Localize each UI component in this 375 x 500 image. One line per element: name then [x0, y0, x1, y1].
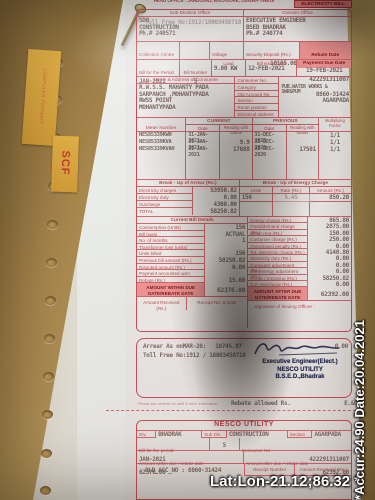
division-office-block: EXECUTIVE ENGINEER BSED BHADRAK Ph.# 240… [244, 17, 351, 41]
stamp-line: NESCO UTILITY [252, 367, 348, 375]
electricity-bill-badge: ELECTRICITY BILL [294, 0, 352, 8]
collection-centre-label: Collection Centre [139, 52, 174, 57]
consumer-address-block: Name & Address of Consumer R.W.S.S. MAHA… [137, 77, 235, 117]
stub-section-value: AGARPADA [312, 431, 351, 438]
arrear-row-value: 4300.00 [193, 201, 239, 208]
current-date: 31-JAN-2021 [186, 146, 220, 153]
arrear-total-value: 58250.82 [193, 208, 239, 215]
arrear-row-label: Surcharge [137, 201, 193, 208]
current-reading [220, 132, 252, 139]
factor: 1/1 [319, 146, 351, 153]
stub-consumer-cell: Consumer No 422291311007 [240, 438, 351, 451]
division-line: Ph.# 240774 [246, 31, 349, 38]
meter-number-header: Meter Number [137, 125, 186, 132]
previous-date-header: Date [253, 125, 287, 132]
meter-number-header-spacer [137, 118, 186, 125]
stamp-line: B.S.E.D.,Bhadrak [252, 374, 348, 382]
stub-period-cell: Bill for the period JAN-2021 [137, 438, 210, 451]
arrear-note-value: 18745.97 [215, 343, 242, 350]
detail-label: Transformer loss (units) [137, 244, 205, 251]
units-value: 156 [240, 194, 273, 202]
office-stamp: Executive Engineer(Elect.) NESCO UTILITY… [252, 359, 348, 382]
load-value: 9.00 KW [214, 66, 243, 73]
sdo-line: Ph.# 240571 [139, 31, 241, 38]
bill-period-cell: Bill for the Period JAN-2021 [137, 60, 180, 76]
head-office-line: HEAD OFFICE : JANUGANJ, BALASORE, ODISHA… [136, 0, 292, 3]
detail-value: 15.60 [205, 277, 247, 284]
current-reading: 17688 [220, 146, 252, 153]
due-date-cell: Payment Due Date 19-FEB-2021 [297, 60, 351, 76]
detail-label: Payment accounted upto [137, 270, 205, 277]
main-bill-box: Sub Division Office Division Office SDO … [136, 9, 352, 332]
consumer-no-label: Consumer No [235, 77, 279, 84]
meter-number: NES85339KWH [137, 132, 186, 139]
arrear-note: Arrear As onMAR-20: 18745.97 [143, 344, 242, 351]
meter-table: CURRENT PREVIOUS Multiplying Factor Mete… [137, 117, 351, 179]
security-deposit-label: Security Deposit (Rs.) [246, 52, 291, 57]
section-value: AGARPADA [279, 97, 351, 104]
arrear-note-label: Arrear As onMAR-20: [143, 343, 206, 350]
current-reading: 9.9 [220, 139, 252, 146]
yellow-margin-sticker: COMPUTER FORMATE [22, 49, 62, 146]
blank-cell [180, 42, 210, 59]
security-deposit-cell: Security Deposit (Rs.) 18105.00 [244, 42, 300, 59]
punch-hole [43, 372, 54, 381]
stub-amount-after-cell: Amount after due / rebate date 62392.00 [244, 451, 351, 464]
bill-number-label: Bill Number [183, 70, 207, 75]
detail-label: No. of months [137, 237, 205, 244]
detail-value: 1 [205, 237, 247, 244]
current-bill-details-title: Current Bill Details [137, 217, 247, 224]
previous-reading-header: Reading with Status [287, 125, 319, 132]
detail-label: Previous bill amount (Rs.) [137, 257, 205, 264]
amount-after-value: 62392.00 [308, 287, 351, 301]
issue-date-cell: Bill Issue Date 12-FEB-2021 [246, 60, 297, 76]
section-label: Section [235, 97, 279, 104]
detail-label: Bill basis [137, 231, 205, 238]
punch-hole [40, 486, 51, 495]
route-position-label: Route position [235, 104, 279, 111]
meter-number: NES85339KVA [137, 139, 186, 146]
previous-reading [287, 139, 319, 146]
amount-value: 850.20 [310, 194, 351, 202]
toll-free-line: Toll Free No:1912 / 18003458718 [143, 353, 246, 360]
old-account-label: Old Account No [235, 91, 279, 98]
arrear-row-value: 53950.82 [193, 187, 239, 194]
electrical-address-label: Electrical address [235, 111, 279, 118]
current-reading-header: Reading with Status [220, 125, 252, 132]
perforation-note: Please see reverse for tariff & other in… [138, 402, 218, 406]
current-date: 31-JAN-2021 [186, 132, 220, 139]
signature-of-issuing-officer-label: Signature of Issuing Officer : [248, 301, 351, 313]
officer-signature [249, 339, 349, 359]
stamp-box: Arrear As onMAR-20: 18745.97 0.00 Toll F… [136, 338, 352, 398]
punch-hole [44, 334, 55, 343]
voltage-label: Voltage [212, 52, 227, 57]
detail-value: 58250.82 [205, 257, 247, 264]
division-office-header: Division Office [244, 10, 351, 17]
punch-hole [47, 220, 58, 229]
stub-section-label: Section [287, 431, 313, 438]
factor-header-spacer [319, 125, 351, 132]
rate-header: Rate (Rs.) [273, 187, 310, 194]
load-cell: Load 9.00 KW [212, 60, 246, 76]
stub-div-label: Div. [137, 431, 156, 438]
category-value: PUB.WATER WORKS & SWRGPUM [279, 84, 351, 91]
amount-header: Amount (Rs.) [310, 187, 351, 194]
stub-div-value: BHADRAK [156, 431, 201, 438]
route-position-value [279, 104, 351, 111]
scf-label: SCF [58, 141, 72, 185]
previous-date: 31-DEC-2020 [253, 146, 287, 153]
meter-number: NES85339KVAH [137, 146, 186, 153]
scf-sticker: SCF [51, 136, 79, 193]
units-header: Units [240, 187, 273, 194]
issue-date-value: 12-FEB-2021 [248, 66, 294, 73]
toll-free-overlay: Toll Free No:1912/18003458718 [145, 20, 241, 27]
electrical-address-value [279, 111, 351, 118]
amount-after-label: AMOUNT AFTER DUE DATE/REBATE DATE [248, 287, 308, 301]
detail-label: Rebate (Rs.) [137, 277, 205, 284]
stub-bill-no: 5 [210, 438, 240, 451]
punch-hole [45, 296, 56, 305]
perforation-line: Please see reverse for tariff & other in… [106, 398, 366, 411]
rebate-allowed-label: Rebate allowed Rs. [231, 401, 291, 408]
rate-value: 5.45 [273, 194, 310, 202]
address-line: MOHANTYPADA [139, 105, 232, 112]
detail-value: 156 [205, 250, 247, 257]
arrear-breakup-title: Break - Up of Arrear (Rs.) [137, 180, 239, 187]
factor: 1/1 [319, 132, 351, 139]
charges-table: Energy charge (Rs.)865.80 Fixed/demand c… [248, 217, 351, 328]
old-account-value: 8860-31424 [279, 91, 351, 98]
margin-side-text: COMPUTER FORMATE [37, 47, 49, 147]
energy-breakup-title: Break - Up of Energy Charge [240, 180, 351, 187]
multiplying-factor-header: Multiplying Factor [319, 118, 351, 125]
punch-hole [41, 449, 52, 458]
receipt-no-date-label: Receipt No. & Date [187, 297, 248, 310]
detail-value [205, 270, 247, 277]
arrear-total-label: TOTAL [137, 208, 193, 215]
energy-breakup-table: Break - Up of Energy Charge Units Rate (… [240, 180, 351, 216]
bill-number-cell: Bill Number 5 [180, 60, 212, 76]
punch-hole [42, 410, 53, 419]
detail-value: 156 [205, 224, 247, 231]
arrear-row-label: Electricity charges [137, 187, 193, 194]
current-header: CURRENT [186, 118, 252, 125]
stub-subdiv-label: Sub Div. [201, 431, 227, 438]
detail-label: Disputed amount (Rs.) [137, 264, 205, 271]
punch-hole [46, 258, 57, 267]
previous-reading: 17501 [287, 146, 319, 153]
current-date-header: Date [186, 125, 220, 132]
arrear-breakup-table: Break - Up of Arrear (Rs.) Electricity c… [137, 180, 240, 216]
amount-within-value: 62376.00 [205, 283, 247, 297]
previous-date: 31-DEC-2020 [253, 132, 287, 139]
stub-title: NESCO UTILITY [137, 421, 351, 430]
rebate-date-cell: Rebate Date [300, 42, 351, 59]
photo-of-electricity-bill: COMPUTER FORMATE SCF HEAD OFFICE : JANUG… [0, 0, 375, 500]
consumer-name-label: Name & Address of Consumer [137, 77, 234, 84]
stamp-line: Executive Engineer(Elect.) [252, 359, 348, 367]
previous-header: PREVIOUS [253, 118, 319, 125]
previous-date: 31-DEC-2020 [253, 139, 287, 146]
current-bill-details: Current Bill Details Consumption (Units)… [137, 217, 248, 328]
detail-label: Units billed [137, 250, 205, 257]
detail-value [205, 244, 247, 251]
detail-label: Consumption (Units) [137, 224, 205, 231]
voltage-cell: Voltage [210, 42, 244, 59]
stub-amount-within-cell: Amount within due / rebate date 62376.00 [137, 451, 244, 464]
sub-division-office-header: Sub Division Office [137, 10, 244, 17]
gps-latlon-overlay: Lat:Lon-21.12;86.32 * [210, 473, 360, 490]
collection-centre-cell: Collection Centre [137, 42, 180, 59]
due-date-value: 19-FEB-2021 [297, 68, 351, 75]
stub-subdiv-value: CONSTRUCTION [227, 431, 287, 438]
amount-received-label: Amount Received (Rs.) [137, 297, 187, 310]
bill-period-label: Bill for the Period [139, 70, 174, 75]
arrear-row-label: Electricity duty [137, 194, 193, 201]
amount-within-label: AMOUNT WITHIN DUE DATE/REBATE DATE [137, 283, 205, 297]
previous-reading [287, 132, 319, 139]
category-label: Category [235, 84, 279, 91]
factor: 1/1 [319, 139, 351, 146]
consumer-no-value: 422291311007 [279, 77, 351, 84]
gps-accuracy-overlay: *Accur:24.90 Date:20.04.2021 [352, 168, 367, 500]
current-date: 31-JAN-2021 [186, 139, 220, 146]
detail-value: ACTUAL [205, 231, 247, 238]
rebate-date-label: Rebate Date [311, 53, 339, 58]
arrear-row-value: 0.00 [193, 194, 239, 201]
consumer-meta-block: Consumer No 422291311007 Category PUB.WA… [235, 77, 351, 117]
detail-value: 0.00 [205, 264, 247, 271]
